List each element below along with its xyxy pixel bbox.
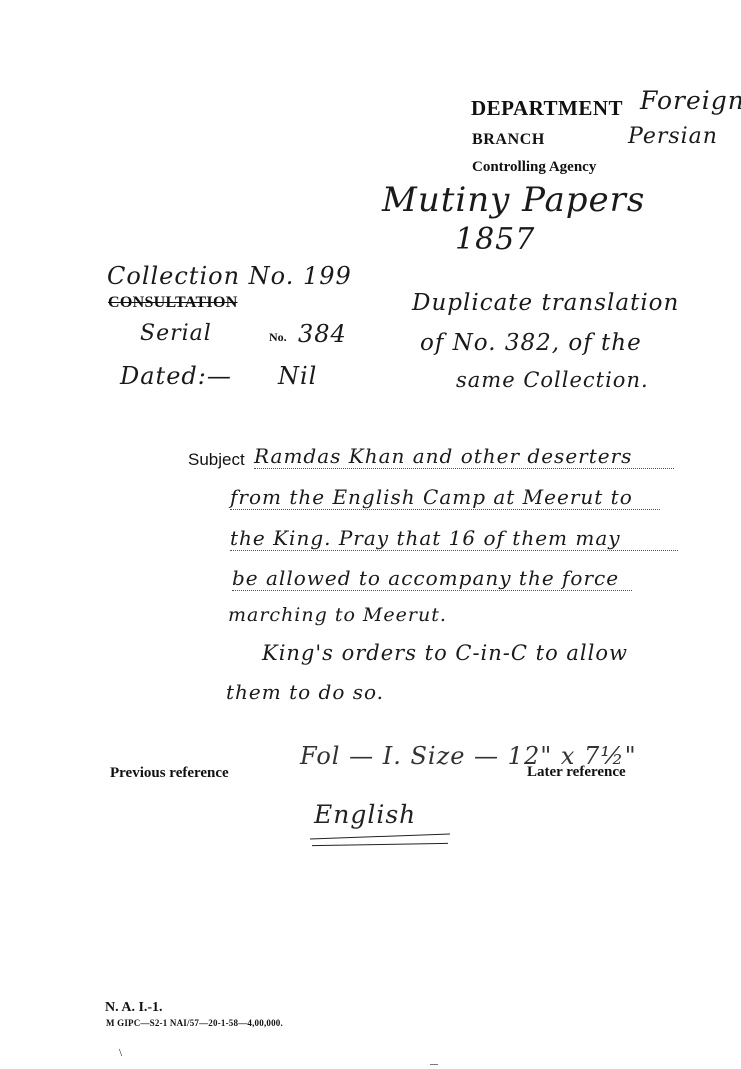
scan-mark [430, 1064, 438, 1065]
note-line-2: of No. 382, of the [420, 330, 642, 356]
later-reference-label: Later reference [525, 764, 628, 781]
controlling-agency-label: Controlling Agency [472, 159, 596, 176]
note-line-1: Duplicate translation [412, 290, 679, 316]
no-label: No. [269, 330, 287, 345]
previous-reference-label: Previous reference [110, 765, 229, 782]
order-line-2: them to do so. [226, 680, 384, 704]
print-line: M GIPC—S2-1 NAI/57—20-1-58—4,00,000. [106, 1018, 283, 1028]
subject-label: Subject [188, 450, 245, 470]
subject-line-5: marching to Meerut. [228, 604, 447, 626]
subject-line-3: the King. Pray that 16 of them may [230, 526, 678, 551]
language-underline [310, 834, 450, 840]
collection-title-line1: Mutiny Papers [382, 180, 645, 220]
language-underline-2 [312, 843, 448, 846]
consultation-label: CONSULTATION [108, 294, 238, 312]
branch-label: BRANCH [472, 131, 545, 149]
stray-mark: \ [119, 1047, 122, 1059]
department-value: Foreign [640, 86, 741, 115]
order-line-1: King's orders to C-in-C to allow [262, 641, 628, 665]
subject-line-1: Ramdas Khan and other deserters [254, 444, 674, 469]
department-label: DEPARTMENT [471, 96, 623, 121]
language-note: English [314, 800, 416, 829]
form-code: N. A. I.-1. [105, 1000, 163, 1016]
subject-line-4: be allowed to accompany the force [232, 566, 632, 591]
subject-line-2: from the English Camp at Meerut to [230, 485, 660, 510]
serial-number: 384 [298, 320, 347, 348]
dated-value: Nil [278, 362, 317, 390]
note-line-3: same Collection. [456, 368, 649, 392]
serial-handwritten: Serial [140, 321, 212, 346]
collection-title-year: 1857 [455, 222, 535, 257]
branch-value: Persian [628, 124, 718, 149]
collection-number-handwritten: Collection No. 199 [107, 262, 352, 290]
dated-handwritten: Dated:— [120, 362, 232, 390]
